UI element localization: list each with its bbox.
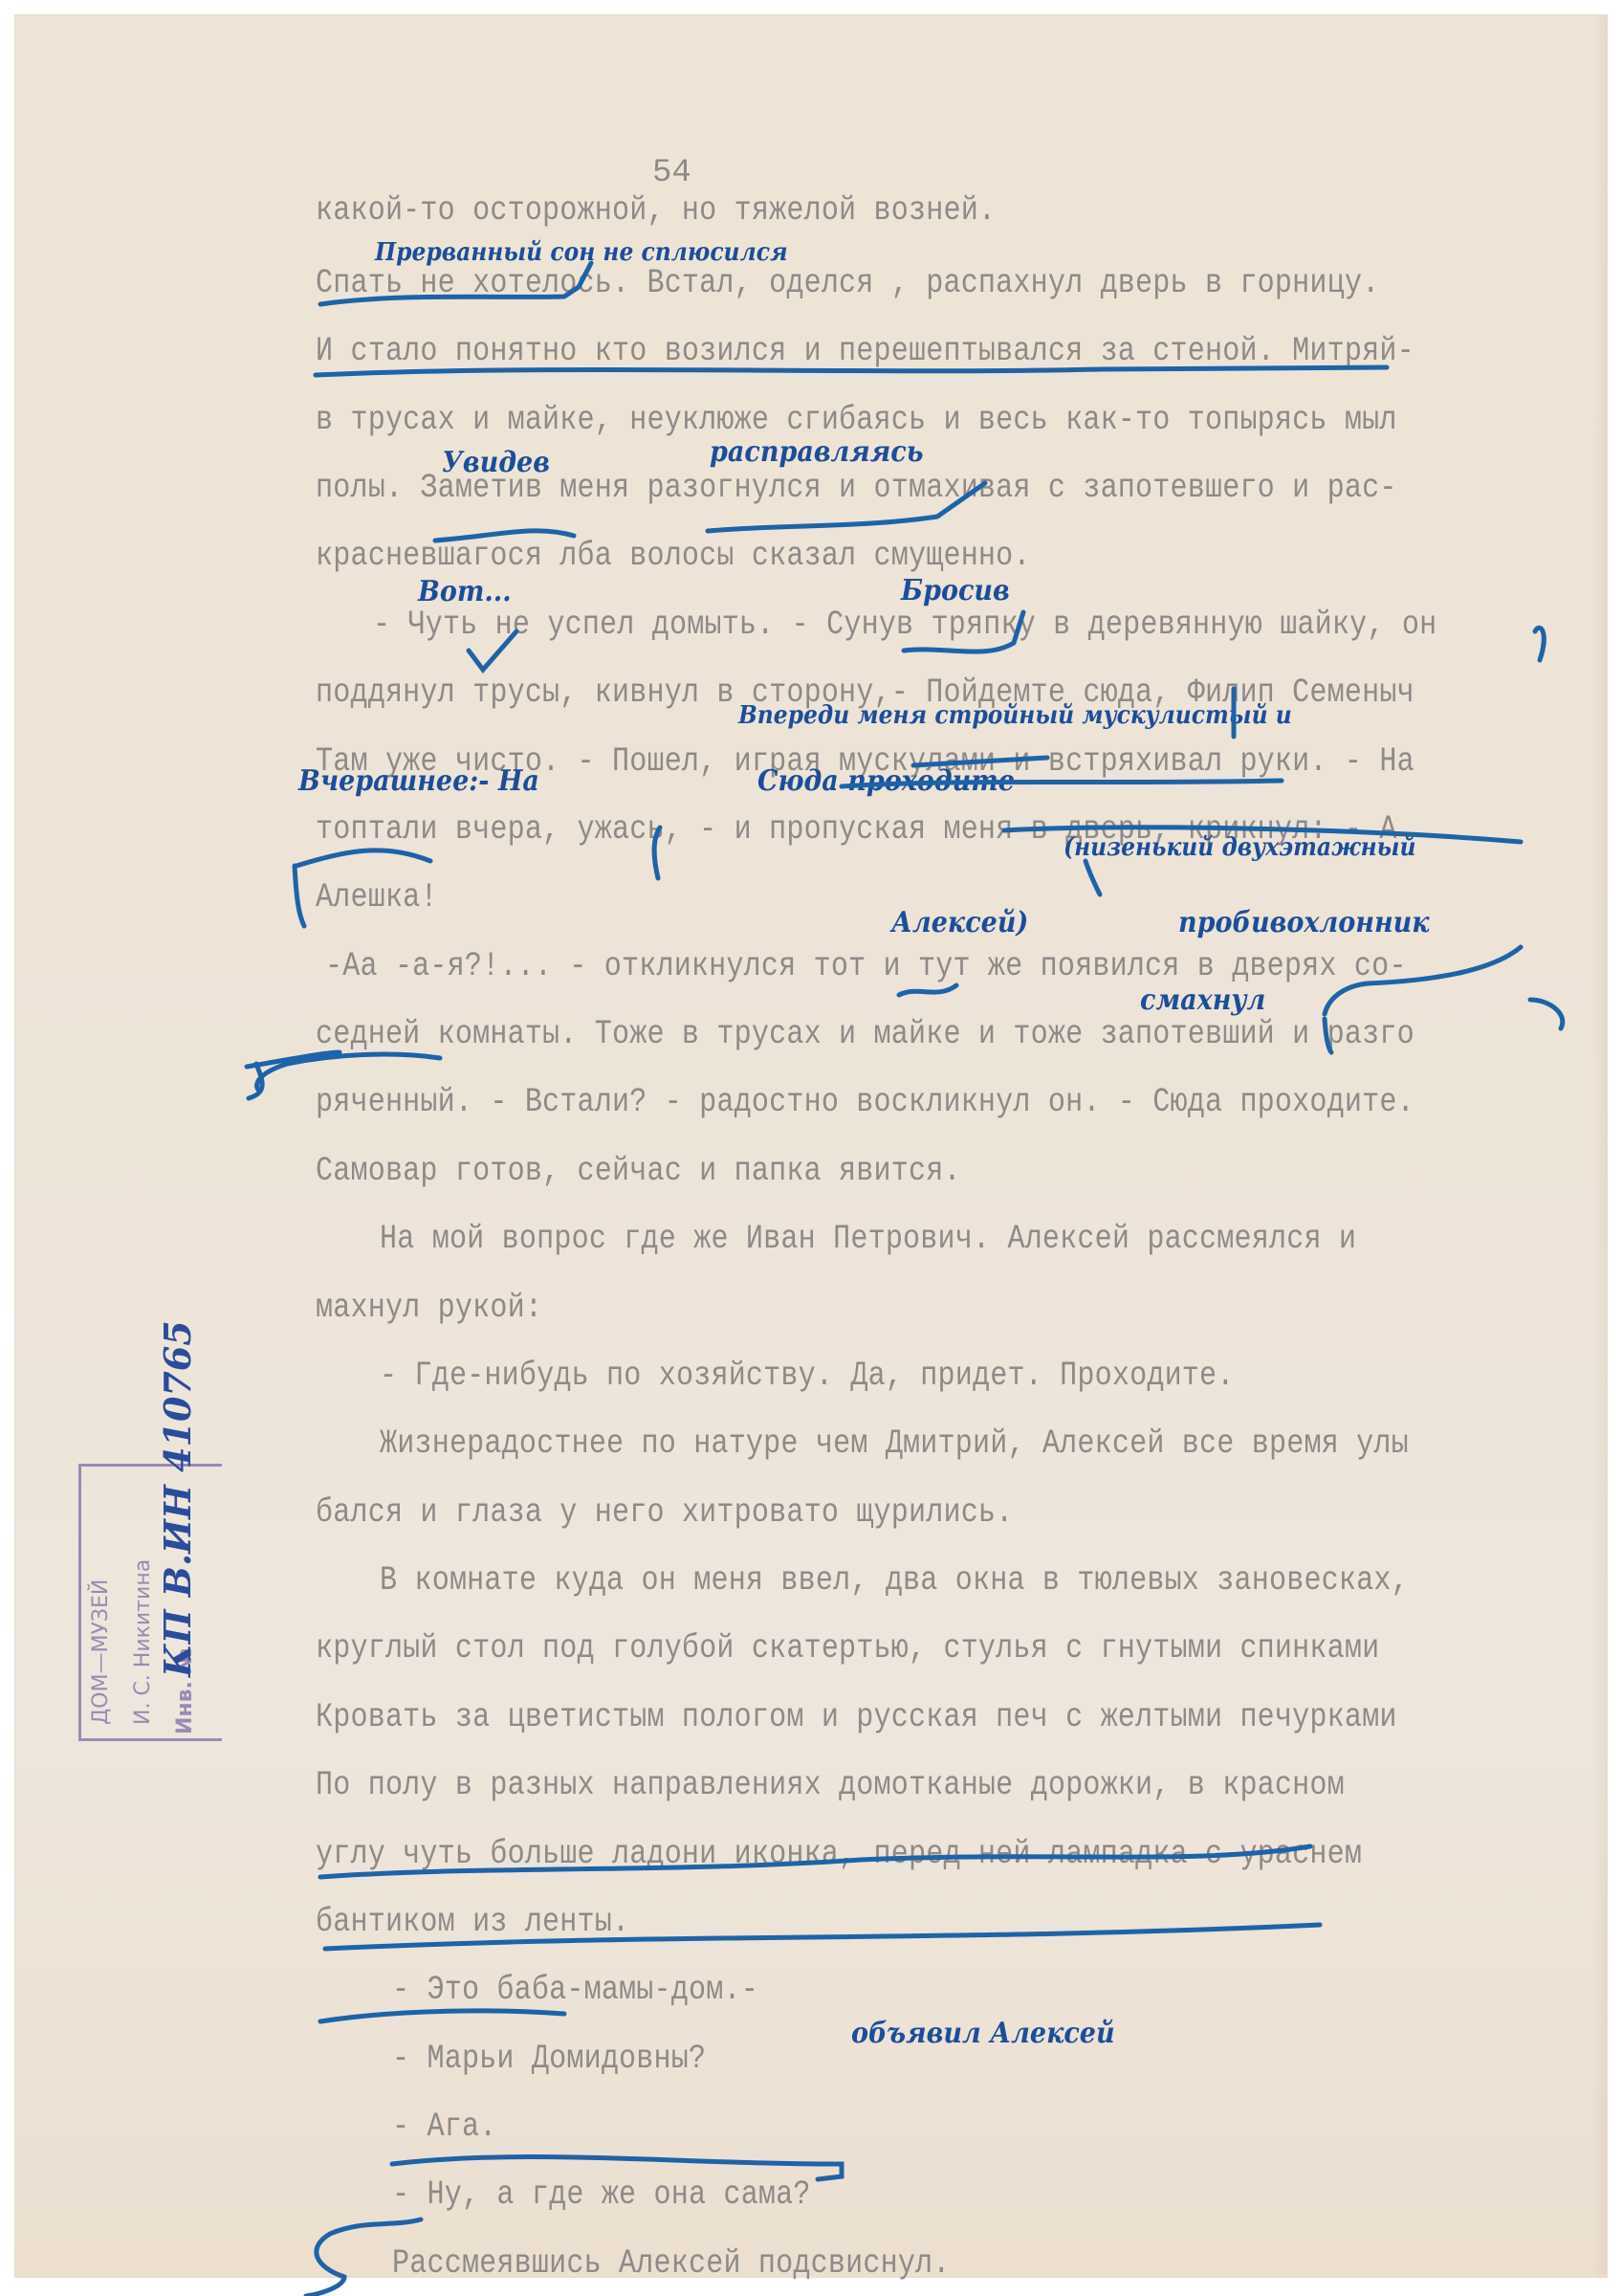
typed-line: в трусах и майке, неуклюже сгибаясь и ве…	[316, 401, 1397, 439]
typed-line: Жизнерадостнее по натуре чем Дмитрий, Ал…	[380, 1424, 1409, 1463]
handwritten-note: пробивохлонник	[1178, 906, 1430, 939]
typed-line: круглый стол под голубой скатертью, стул…	[316, 1629, 1379, 1667]
typed-line: -Аа -а-я?!... - откликнулся тот и тут же…	[325, 947, 1407, 985]
typed-line: красневшагося лба волосы сказал смущенно…	[316, 537, 1031, 575]
typed-line: Кровать за цветистым пологом и русская п…	[316, 1698, 1397, 1736]
typed-line: какой-то осторожной, но тяжелой возней.	[316, 191, 996, 230]
typed-line: В комнате куда он меня ввел, два окна в …	[380, 1561, 1409, 1600]
typed-line: ряченный. - Встали? - радостно воскликну…	[316, 1083, 1415, 1121]
typed-line: Алешка!	[316, 878, 438, 916]
typed-line: Спать не хотелось. Встал, оделся , распа…	[316, 264, 1379, 302]
typed-line: И стало понятно кто возился и перешептыв…	[316, 332, 1415, 370]
handwritten-note: Вчерашнее:- На	[298, 764, 539, 798]
typed-line: По полу в разных направлениях домотканые…	[316, 1766, 1345, 1804]
handwritten-note: Бросив	[901, 574, 1010, 607]
typed-line: - Марьи Домидовны?	[392, 2040, 706, 2078]
handwritten-note: Алексей)	[891, 906, 1028, 939]
typed-line: бантиком из ленты.	[316, 1903, 629, 1941]
typed-line: седней комнаты. Тоже в трусах и майке и …	[316, 1015, 1415, 1053]
handwritten-note: смахнул	[1140, 983, 1265, 1017]
handwritten-note: расправляясь	[710, 435, 924, 469]
typed-line: На мой вопрос где же Иван Петрович. Алек…	[380, 1220, 1356, 1258]
stamp-person-name: И. С. Никитина	[131, 1559, 155, 1725]
handwritten-note: Увидев	[442, 446, 550, 479]
typed-line: бался и глаза у него хитровато щурились.	[316, 1493, 1013, 1532]
handwritten-note: Сюда проходите	[757, 764, 1015, 798]
typed-line: - Чуть не успел домыть. - Сунув тряпку в…	[373, 606, 1437, 644]
handwritten-note: Прерванный сон не сплюсился	[375, 238, 788, 267]
handwritten-note: Впереди меня стройный мускулистый и	[738, 701, 1292, 730]
typed-line: - Ну, а где же она сама?	[392, 2175, 811, 2214]
handwritten-note: (низенький двухэтажный	[1064, 833, 1416, 862]
handwritten-note: объявил Алексей	[851, 2017, 1115, 2050]
typed-line: - Это баба-мамы-дом.-	[392, 1971, 758, 2009]
stamp-inventory-number: КП В.ИН 410765	[156, 1320, 199, 1677]
page-number: 54	[652, 155, 691, 191]
page-edge-shadow	[1593, 15, 1607, 2277]
typed-line: Самовар готов, сейчас и папка явится.	[316, 1152, 961, 1190]
typed-line: Рассмеявшись Алексей подсвиснул.	[392, 2244, 951, 2283]
handwritten-note: Вот...	[418, 575, 512, 608]
typed-line: углу чуть больше ладони иконка, перед не…	[316, 1835, 1362, 1873]
typed-line: - Ага.	[392, 2108, 496, 2146]
typed-line: - Где-нибудь по хозяйству. Да, придет. П…	[380, 1357, 1235, 1395]
stamp-museum-name: ДОМ—МУЗЕЙ	[89, 1579, 113, 1725]
typed-line: махнул рукой:	[316, 1289, 542, 1327]
archive-stamp: ДОМ—МУЗЕЙ И. С. Никитина Инв. № КП В.ИН …	[78, 1464, 222, 1741]
